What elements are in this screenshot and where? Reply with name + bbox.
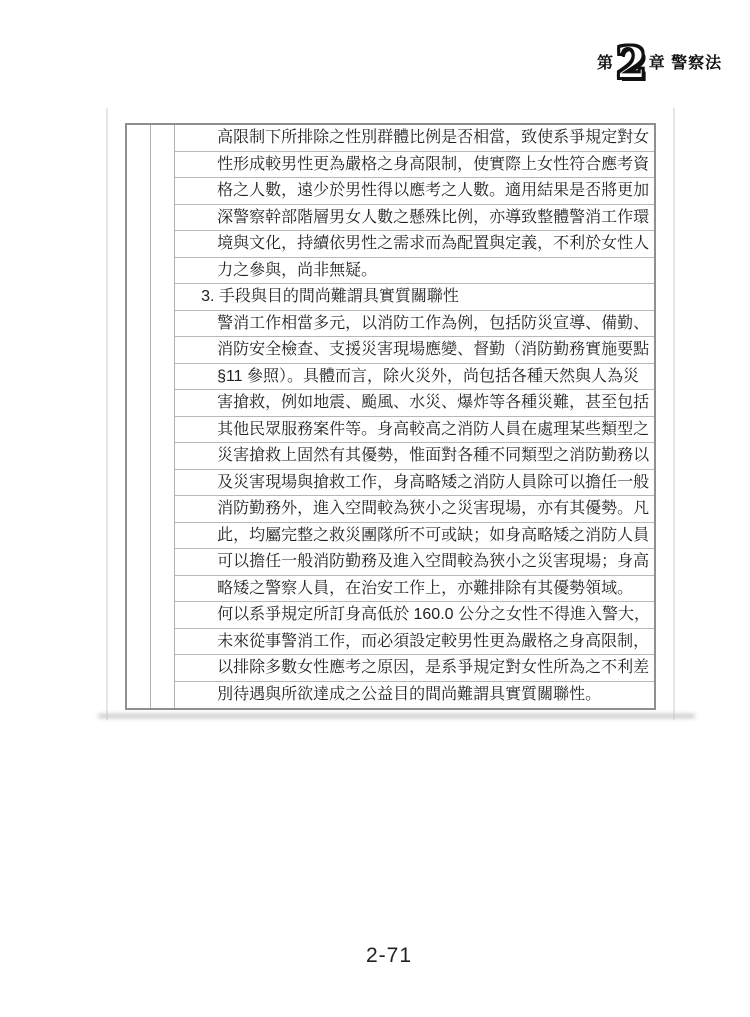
text-line: 及災害現場與搶救工作，身高略矮之消防人員除可以擔任一般 (175, 470, 654, 497)
table-text-column: 高限制下所排除之性別群體比例是否相當，致使系爭規定對女性形成較男性更為嚴格之身高… (175, 125, 654, 708)
chapter-prefix: 第 (597, 50, 614, 73)
text-line: 消防勤務外，進入空間較為狹小之災害現場，亦有其優勢。凡 (175, 496, 654, 523)
text-line: 害搶救，例如地震、颱風、水災、爆炸等各種災難，甚至包括 (175, 390, 654, 417)
text-line: 此，均屬完整之救災團隊所不可或缺；如身高略矮之消防人員 (175, 523, 654, 550)
text-line: 警消工作相當多元，以消防工作為例，包括防災宣導、備勤、 (175, 311, 654, 338)
scanned-page-right-edge (673, 108, 675, 720)
page-bottom-shadow (98, 714, 695, 718)
chapter-header: 第 2 章 警察法 (597, 36, 722, 86)
chapter-number: 2 (616, 42, 647, 86)
text-line: 可以擔任一般消防勤務及進入空間較為狹小之災害現場；身高 (175, 549, 654, 576)
text-line: 高限制下所排除之性別群體比例是否相當，致使系爭規定對女 (175, 125, 654, 152)
text-line: 未來從事警消工作，而必須設定較男性更為嚴格之身高限制， (175, 629, 654, 656)
chapter-title: 警察法 (666, 50, 722, 73)
page-number: 2-71 (366, 944, 412, 968)
text-line: 災害搶救上固然有其優勢，惟面對各種不同類型之消防勤務以 (175, 443, 654, 470)
text-line: 何以系爭規定所訂身高低於 160.0 公分之女性不得進入警大， (175, 602, 654, 629)
text-line: 以排除多數女性應考之原因，是系爭規定對女性所為之不利差 (175, 655, 654, 682)
table-empty-column-2 (151, 125, 175, 708)
list-item-heading: 3. 手段與目的間尚難謂具實質關聯性 (175, 284, 654, 311)
text-line: 格之人數，遠少於男性得以應考之人數。適用結果是否將更加 (175, 178, 654, 205)
text-line: 深警察幹部階層男女人數之懸殊比例，亦導致整體警消工作環 (175, 205, 654, 232)
text-line: §11 參照）。具體而言，除火災外，尚包括各種天然與人為災 (175, 364, 654, 391)
text-line: 境與文化，持續依男性之需求而為配置與定義，不利於女性人 (175, 231, 654, 258)
scanned-page-left-edge (106, 108, 108, 720)
text-line: 力之參與，尚非無疑。 (175, 258, 654, 285)
table-empty-column-1 (127, 125, 151, 708)
text-line: 消防安全檢查、支援災害現場應變、督勤（消防勤務實施要點 (175, 337, 654, 364)
text-line: 性形成較男性更為嚴格之身高限制，使實際上女性符合應考資 (175, 152, 654, 179)
text-line: 別待遇與所欲達成之公益目的間尚難謂具實質關聯性。 (175, 682, 654, 709)
text-line: 略矮之警察人員，在治安工作上，亦難排除有其優勢領域。 (175, 576, 654, 603)
content-table: 高限制下所排除之性別群體比例是否相當，致使系爭規定對女性形成較男性更為嚴格之身高… (125, 123, 656, 710)
chapter-suffix: 章 (649, 50, 666, 73)
text-line: 其他民眾服務案件等。身高較高之消防人員在處理某些類型之 (175, 417, 654, 444)
